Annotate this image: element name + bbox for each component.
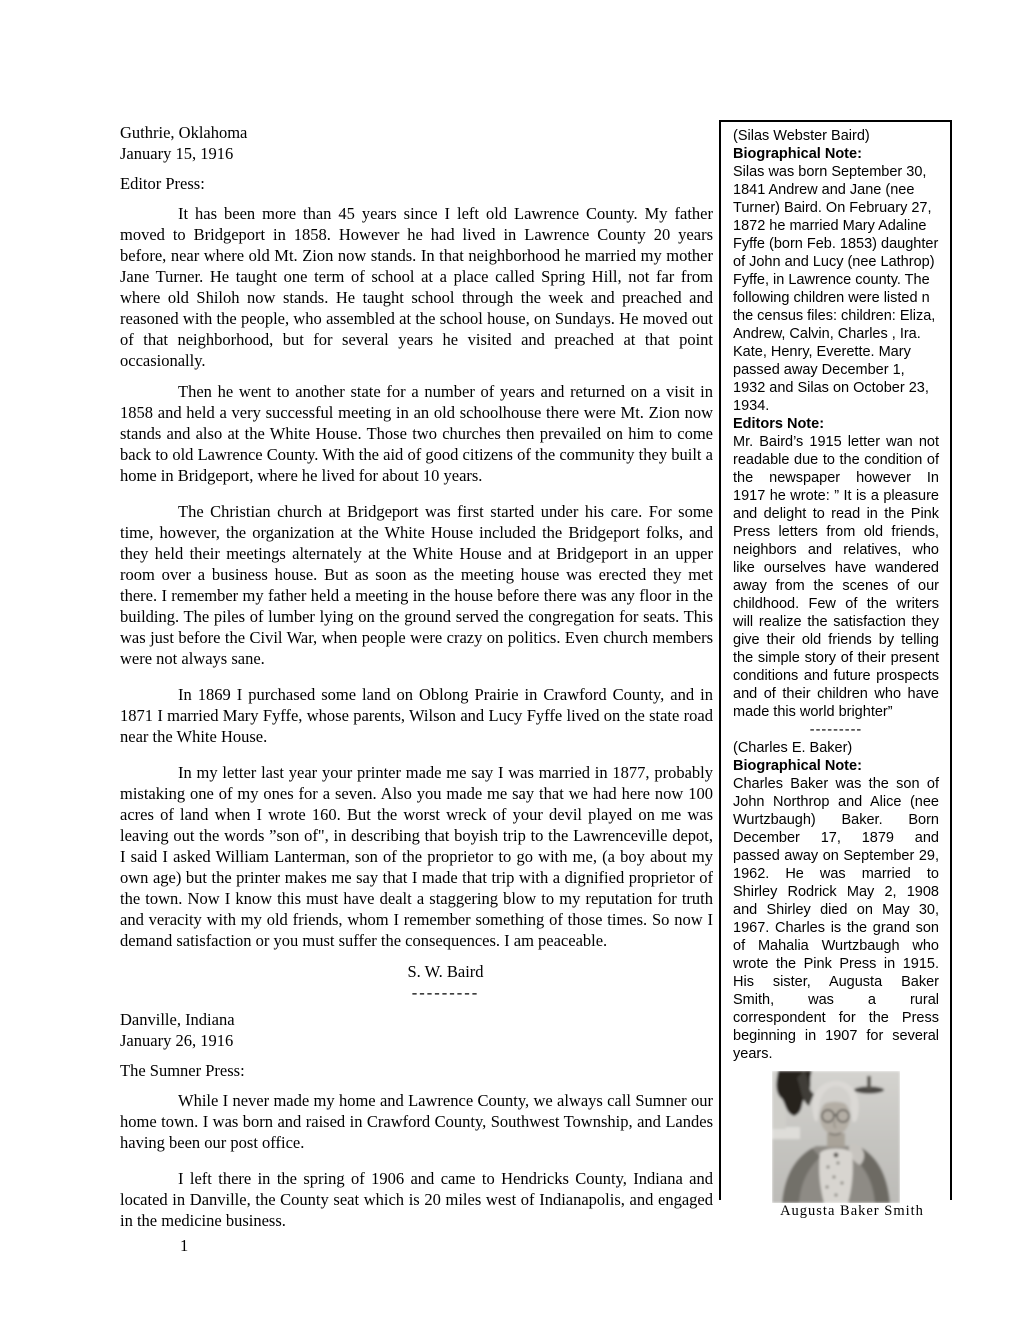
bio-note-charles-heading: Biographical Note: — [733, 757, 939, 775]
letter-location: Danville, Indiana — [120, 1009, 713, 1030]
letter-date: January 26, 1916 — [120, 1030, 713, 1051]
bio-note-charles-name: (Charles E. Baker) — [733, 739, 939, 757]
letter-salutation: Editor Press: — [120, 173, 713, 194]
letter-paragraph: In my letter last year your printer made… — [120, 762, 713, 951]
letter-paragraph: The Christian church at Bridgeport was f… — [120, 501, 713, 669]
letter-address-block: Danville, Indiana January 26, 1916 — [120, 1009, 713, 1051]
letter-paragraph: Then he went to another state for a numb… — [120, 381, 713, 486]
letter-date: January 15, 1916 — [120, 143, 713, 164]
separator-dashes: --------- — [120, 982, 713, 1003]
sidebar-separator-dashes: --------- — [733, 721, 939, 739]
editors-note-body: Mr. Baird’s 1915 letter wan not readable… — [733, 433, 939, 721]
bio-note-silas-body: Silas was born September 30, 1841 Andrew… — [733, 163, 939, 415]
letter-salutation: The Sumner Press: — [120, 1060, 713, 1081]
page-number: 1 — [180, 1236, 188, 1256]
letter-paragraph: In 1869 I purchased some land on Oblong … — [120, 684, 713, 747]
editors-note-heading: Editors Note: — [733, 415, 939, 433]
bio-note-silas-heading: Biographical Note: — [733, 145, 939, 163]
letters-column: Guthrie, Oklahoma January 15, 1916 Edito… — [120, 122, 713, 1231]
bio-note-charles-body: Charles Baker was the son of John Northr… — [733, 775, 939, 1063]
letter-paragraph: While I never made my home and Lawrence … — [120, 1090, 713, 1153]
letter-location: Guthrie, Oklahoma — [120, 122, 713, 143]
biographical-sidebar: (Silas Webster Baird) Biographical Note:… — [719, 120, 952, 1200]
portrait-photo-image — [772, 1071, 900, 1203]
letter-guthrie: Guthrie, Oklahoma January 15, 1916 Edito… — [120, 122, 713, 1003]
portrait-photo: Augusta Baker Smith — [772, 1071, 900, 1220]
letter-danville: Danville, Indiana January 26, 1916 The S… — [120, 1009, 713, 1231]
letter-signature: S. W. Baird — [120, 961, 713, 982]
bio-note-silas-name: (Silas Webster Baird) — [733, 127, 939, 145]
photo-caption: Augusta Baker Smith — [772, 1203, 932, 1220]
letter-paragraph: I left there in the spring of 1906 and c… — [120, 1168, 713, 1231]
letter-address-block: Guthrie, Oklahoma January 15, 1916 — [120, 122, 713, 164]
letter-paragraph: It has been more than 45 years since I l… — [120, 203, 713, 371]
document-page: Guthrie, Oklahoma January 15, 1916 Edito… — [0, 0, 1020, 1320]
